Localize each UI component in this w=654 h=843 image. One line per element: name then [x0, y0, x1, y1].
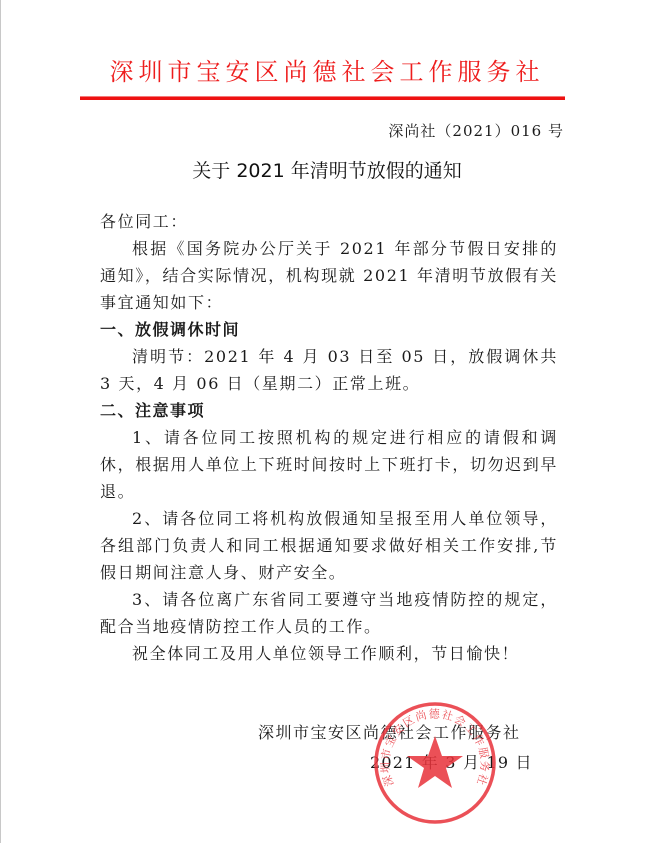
page-left-border: [0, 0, 1, 843]
document-title: 关于 2021 年清明节放假的通知: [0, 157, 654, 185]
holiday-schedule-paragraph: 清明节：2021 年 4 月 03 日至 05 日，放假调休共 3 天，4 月 …: [100, 343, 558, 397]
note-item-3: 3、请各位离广东省同工要遵守当地疫情防控的规定，配合当地疫情防控工作人员的工作。: [100, 586, 558, 640]
note-item-2: 2、请各位同工将机构放假通知呈报至用人单位领导，各组部门负责人和同工根据通知要求…: [100, 505, 558, 586]
organization-letterhead: 深圳市宝安区尚德社会工作服务社: [0, 56, 654, 88]
salutation: 各位同工：: [100, 208, 558, 235]
closing-wish: 祝全体同工及用人单位领导工作顺利，节日愉快！: [100, 640, 558, 667]
divider-thick-line: [80, 97, 565, 100]
document-body: 各位同工： 根据《国务院办公厅关于 2021 年部分节假日安排的通知》，结合实际…: [100, 208, 558, 667]
section-heading-notes: 二、注意事项: [100, 397, 558, 424]
note-item-1: 1、请各位同工按照机构的规定进行相应的请假和调休，根据用人单位上下班时间按时上下…: [100, 424, 558, 505]
intro-paragraph: 根据《国务院办公厅关于 2021 年部分节假日安排的通知》，结合实际情况，机构现…: [100, 235, 558, 316]
document-number: 深尚社（2021）016 号: [388, 120, 564, 142]
signature-date: 2021 年 3 月 19 日: [370, 750, 533, 776]
letterhead-red-divider: [80, 96, 565, 101]
signature-organization: 深圳市宝安区尚德社会工作服务社: [258, 720, 521, 746]
section-heading-holiday-schedule: 一、放假调休时间: [100, 316, 558, 343]
